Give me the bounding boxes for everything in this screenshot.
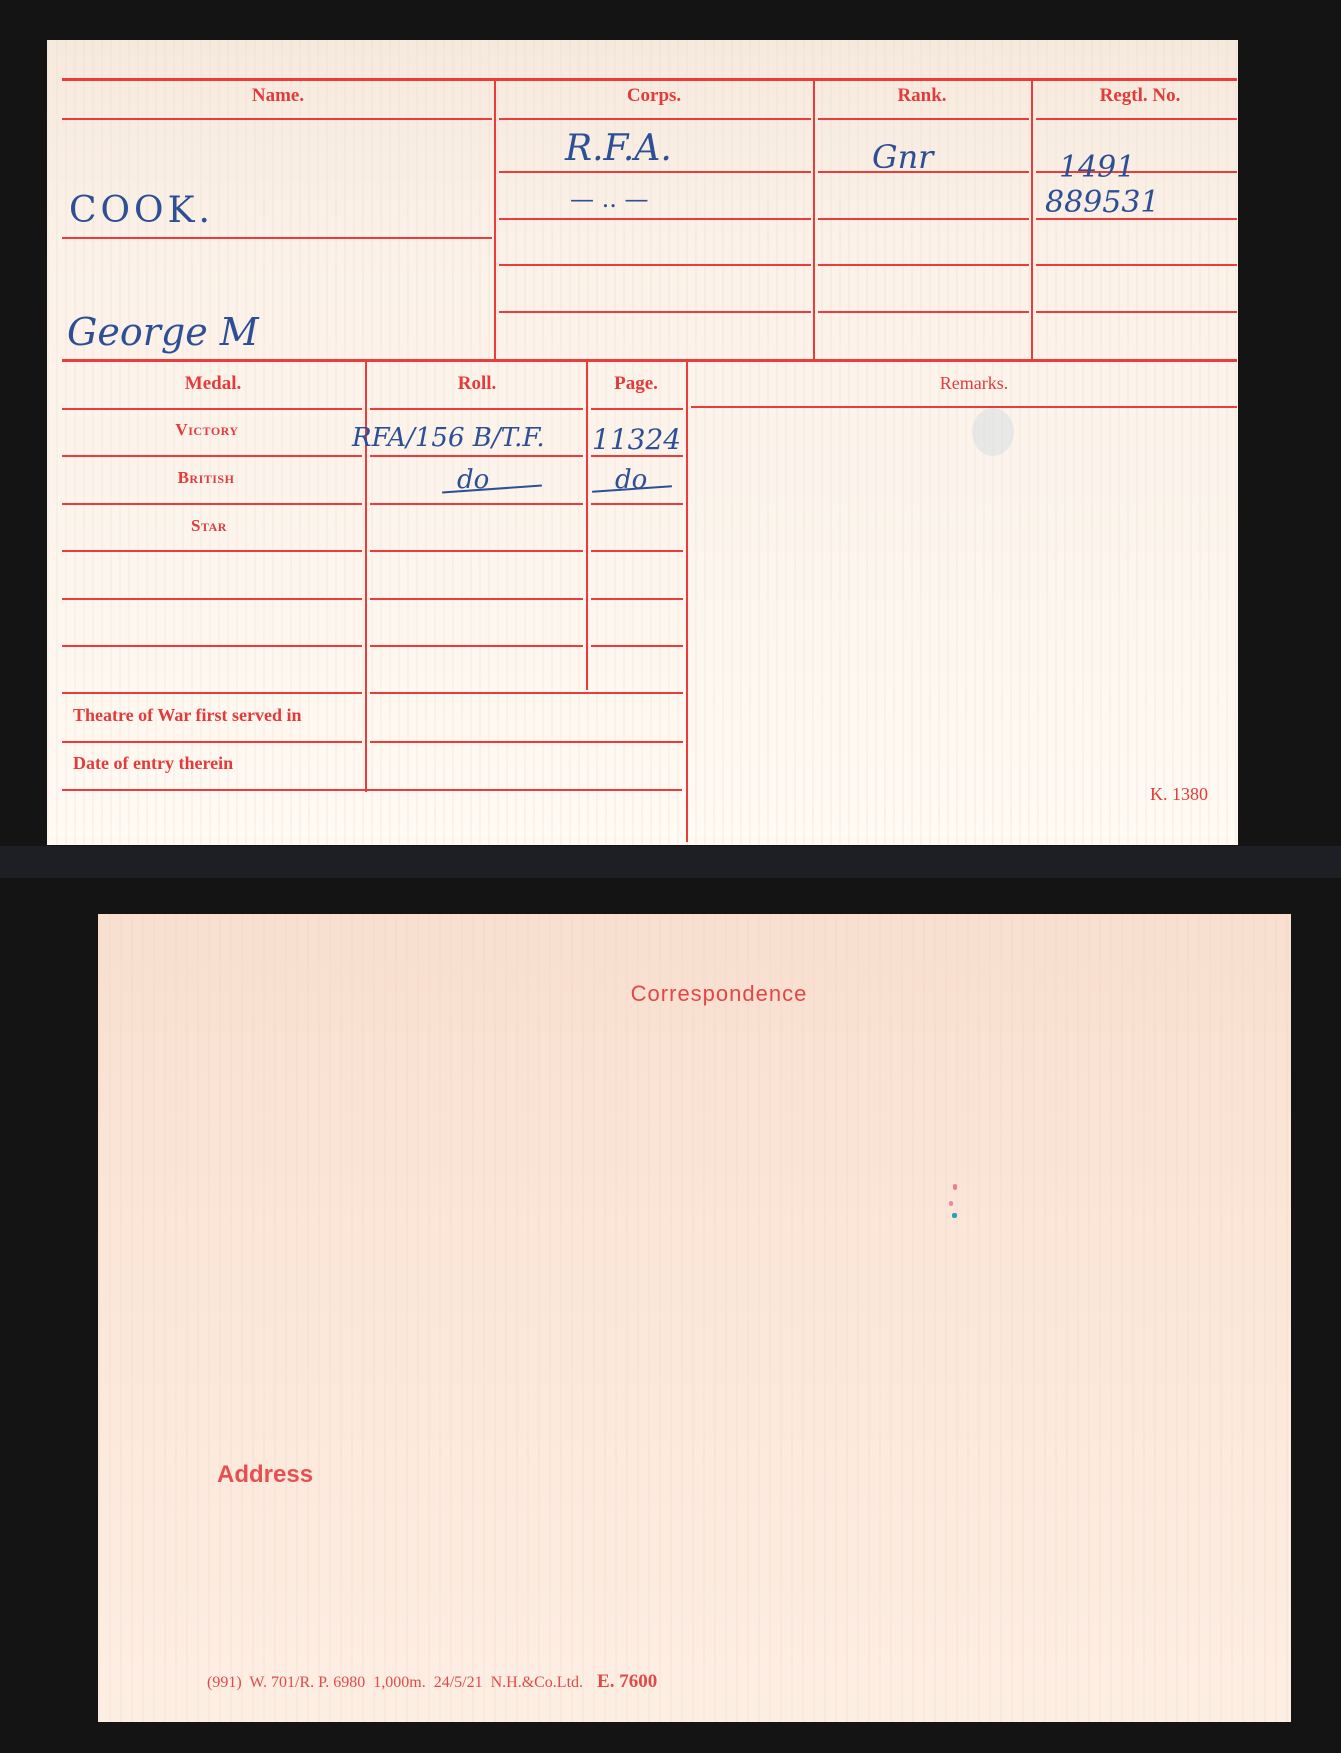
theatre-of-war-label: Theatre of War first served in <box>73 705 301 726</box>
medal-header: Medal. <box>185 373 241 395</box>
forenames-entry: George M <box>67 310 259 354</box>
printer-imprint-code: E. 7600 <box>597 1671 657 1692</box>
corps-entry: R.F.A. <box>565 128 672 169</box>
medal-rule <box>62 503 362 505</box>
regtl-rule <box>1036 311 1237 313</box>
date-of-entry-label: Date of entry therein <box>73 753 233 774</box>
regtl-no-entry-2: 889531 <box>1045 185 1160 220</box>
victory-page-entry: 11324 <box>592 423 681 456</box>
rank-rule <box>818 311 1029 313</box>
medal-rule <box>62 455 362 457</box>
scanner-band <box>0 846 1341 878</box>
roll-rule <box>370 503 583 505</box>
rank-rule <box>818 264 1029 266</box>
printer-imprint: (991) W. 701/R. P. 6980 1,000m. 24/5/21 … <box>207 1671 657 1693</box>
top-rule <box>62 78 1237 81</box>
medal-star-label: Star <box>191 516 227 536</box>
roll-rule <box>370 408 583 410</box>
roll-rule <box>370 741 683 743</box>
corps-rule <box>499 311 811 313</box>
ink-speck <box>949 1201 953 1206</box>
regtl-rule <box>1036 264 1237 266</box>
middle-rule <box>62 359 1237 362</box>
medal-victory-label: Victory <box>175 420 238 440</box>
divider-page-remarks <box>686 362 688 842</box>
remarks-header: Remarks. <box>940 373 1008 394</box>
medal-index-card-front: Name. Corps. Rank. Regtl. No. COOK. Geor… <box>47 40 1238 845</box>
medal-rule <box>62 692 362 694</box>
remarks-rule <box>691 406 1237 408</box>
victory-roll-entry: RFA/156 B/T.F. <box>352 423 545 453</box>
roll-header: Roll. <box>458 373 497 395</box>
rank-rule <box>818 218 1029 220</box>
divider-name-corps <box>494 80 496 360</box>
medal-rule <box>62 741 362 743</box>
surname-rule <box>62 237 492 239</box>
page-header: Page. <box>614 373 658 395</box>
roll-rule <box>370 598 583 600</box>
medal-rule <box>62 598 362 600</box>
medal-rule <box>62 550 362 552</box>
address-label: Address <box>217 1461 313 1489</box>
regtl-no-entry-1: 1491 <box>1059 150 1135 185</box>
corps-ditto: — .. — <box>570 185 649 213</box>
divider-rank-regtl <box>1031 80 1033 360</box>
medal-rule <box>62 789 682 791</box>
regtl-no-header: Regtl. No. <box>1100 85 1181 107</box>
medal-rule <box>62 408 362 410</box>
page-rule <box>591 598 683 600</box>
correspondence-heading: Correspondence <box>631 981 808 1007</box>
roll-rule <box>370 455 583 457</box>
rank-header: Rank. <box>897 85 946 107</box>
corps-rule <box>499 171 811 173</box>
ink-speck <box>952 1213 957 1218</box>
rank-rule <box>818 118 1029 120</box>
name-header: Name. <box>252 85 304 107</box>
page-rule <box>591 645 683 647</box>
corps-rule <box>499 118 811 120</box>
page-rule <box>591 550 683 552</box>
corps-rule <box>499 218 811 220</box>
roll-rule <box>370 645 583 647</box>
regtl-rule <box>1036 118 1237 120</box>
corps-rule <box>499 264 811 266</box>
ink-speck <box>953 1184 957 1190</box>
paper-stain <box>972 408 1014 456</box>
printer-imprint-text: (991) W. 701/R. P. 6980 1,000m. 24/5/21 … <box>207 1674 583 1691</box>
page-rule <box>591 408 683 410</box>
medal-rule <box>62 645 362 647</box>
medal-index-card-back: Correspondence Address (991) W. 701/R. P… <box>98 914 1291 1722</box>
corps-header: Corps. <box>627 85 681 107</box>
roll-rule <box>370 550 583 552</box>
form-number: K. 1380 <box>1150 784 1208 805</box>
page-rule <box>591 503 683 505</box>
surname-entry: COOK. <box>69 190 214 231</box>
roll-rule <box>370 692 683 694</box>
rank-entry: Gnr <box>872 138 933 176</box>
medal-british-label: British <box>178 468 235 488</box>
divider-corps-rank <box>813 80 815 360</box>
divider-roll-page <box>586 362 588 690</box>
name-header-rule <box>62 118 492 120</box>
